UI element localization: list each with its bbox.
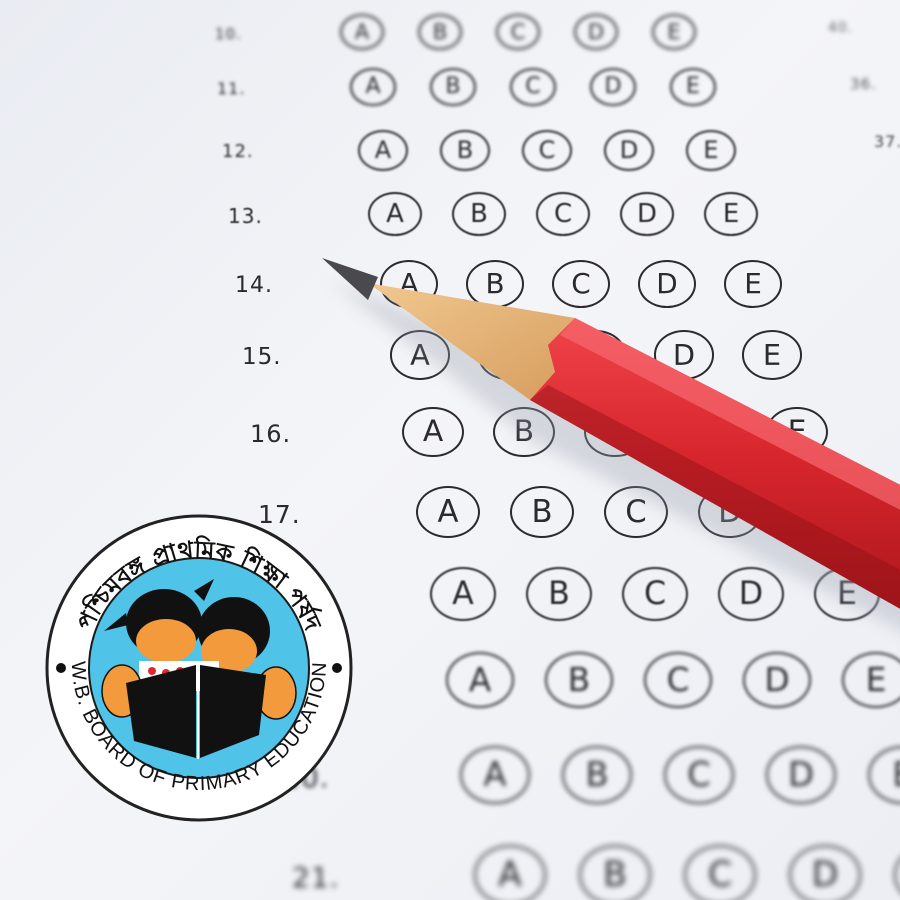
answer-bubble-e[interactable]: E: [842, 652, 900, 708]
answer-bubble-d[interactable]: D: [718, 567, 784, 621]
answer-bubble-e[interactable]: E: [792, 486, 856, 538]
answer-bubble-c[interactable]: C: [566, 330, 626, 379]
answer-bubble-a[interactable]: A: [350, 68, 396, 106]
answer-bubble-e[interactable]: E: [868, 746, 900, 803]
answer-bubble-a[interactable]: A: [446, 652, 514, 708]
answer-bubble-b[interactable]: B: [418, 14, 462, 50]
answer-bubble-d[interactable]: D: [789, 845, 861, 900]
answer-bubble-b[interactable]: B: [430, 68, 476, 106]
answer-bubble-c[interactable]: C: [622, 567, 688, 621]
question-number: 10.: [215, 25, 242, 43]
answer-bubble-a[interactable]: A: [402, 407, 464, 458]
answer-bubble-b[interactable]: B: [579, 845, 651, 900]
answer-bubble-c[interactable]: C: [604, 486, 668, 538]
answer-bubble-e[interactable]: E: [742, 330, 802, 379]
answer-bubble-a[interactable]: A: [368, 192, 422, 236]
question-number: 13.: [228, 204, 263, 228]
answer-bubble-c[interactable]: C: [584, 407, 646, 458]
answer-bubble-d[interactable]: D: [654, 330, 714, 379]
question-number-right-1: 40.: [828, 20, 853, 36]
answer-bubble-b[interactable]: B: [526, 567, 592, 621]
answer-bubble-d[interactable]: D: [675, 407, 737, 458]
answer-bubble-e[interactable]: E: [670, 68, 716, 106]
answer-bubble-e[interactable]: E: [724, 260, 782, 308]
question-number-right-3: 37.: [874, 132, 900, 151]
answer-bubble-a[interactable]: A: [340, 14, 384, 50]
answer-bubble-c[interactable]: C: [522, 130, 572, 171]
answer-bubble-c[interactable]: C: [664, 746, 734, 803]
question-number: 15.: [242, 344, 282, 370]
answer-bubble-d[interactable]: D: [638, 260, 696, 308]
question-number: 11.: [217, 79, 245, 98]
pencil-lead: [322, 258, 378, 300]
answer-bubble-d[interactable]: D: [604, 130, 654, 171]
answer-bubble-a[interactable]: A: [416, 486, 480, 538]
wb-board-logo: পশ্চিমবঙ্গ প্রাথমিক শিক্ষা পর্ষদ W.B. BO…: [44, 513, 354, 823]
answer-bubble-a[interactable]: A: [430, 567, 496, 621]
answer-bubble-a[interactable]: A: [474, 845, 546, 900]
question-number-right-2: 36.: [850, 75, 877, 93]
answer-bubble-e[interactable]: E: [686, 130, 736, 171]
answer-bubble-d[interactable]: D: [590, 68, 636, 106]
question-number: 16.: [250, 420, 291, 448]
question-number: 12.: [222, 141, 254, 162]
answer-bubble-c[interactable]: C: [644, 652, 712, 708]
answer-bubble-d[interactable]: D: [743, 652, 811, 708]
answer-bubble-c[interactable]: C: [510, 68, 556, 106]
answer-bubble-b[interactable]: B: [562, 746, 632, 803]
answer-bubble-d[interactable]: D: [698, 486, 762, 538]
answer-bubble-e[interactable]: E: [652, 14, 696, 50]
answer-bubble-c[interactable]: C: [536, 192, 590, 236]
answer-bubble-a[interactable]: A: [390, 330, 450, 379]
answer-bubble-b[interactable]: B: [493, 407, 555, 458]
answer-bubble-d[interactable]: D: [620, 192, 674, 236]
answer-bubble-b[interactable]: B: [440, 130, 490, 171]
answer-bubble-a[interactable]: A: [358, 130, 408, 171]
answer-bubble-d[interactable]: D: [766, 746, 836, 803]
answer-bubble-b[interactable]: B: [478, 330, 538, 379]
answer-bubble-d[interactable]: D: [574, 14, 618, 50]
answer-bubble-b[interactable]: B: [452, 192, 506, 236]
answer-bubble-e[interactable]: E: [894, 845, 900, 900]
question-number: 21.: [292, 861, 340, 894]
answer-bubble-e[interactable]: E: [814, 567, 880, 621]
answer-bubble-c[interactable]: C: [496, 14, 540, 50]
answer-bubble-c[interactable]: C: [552, 260, 610, 308]
answer-bubble-b[interactable]: B: [466, 260, 524, 308]
answer-bubble-e[interactable]: E: [766, 407, 828, 458]
answer-bubble-b[interactable]: B: [510, 486, 574, 538]
answer-bubble-c[interactable]: C: [684, 845, 756, 900]
answer-bubble-e[interactable]: E: [704, 192, 758, 236]
omr-photo-scene: 10.ABCDE11.ABCDE12.ABCDE13.ABCDE14.ABCDE…: [0, 0, 900, 900]
question-number: 14.: [235, 273, 273, 298]
answer-bubble-b[interactable]: B: [545, 652, 613, 708]
answer-bubble-a[interactable]: A: [380, 260, 438, 308]
answer-bubble-a[interactable]: A: [460, 746, 530, 803]
